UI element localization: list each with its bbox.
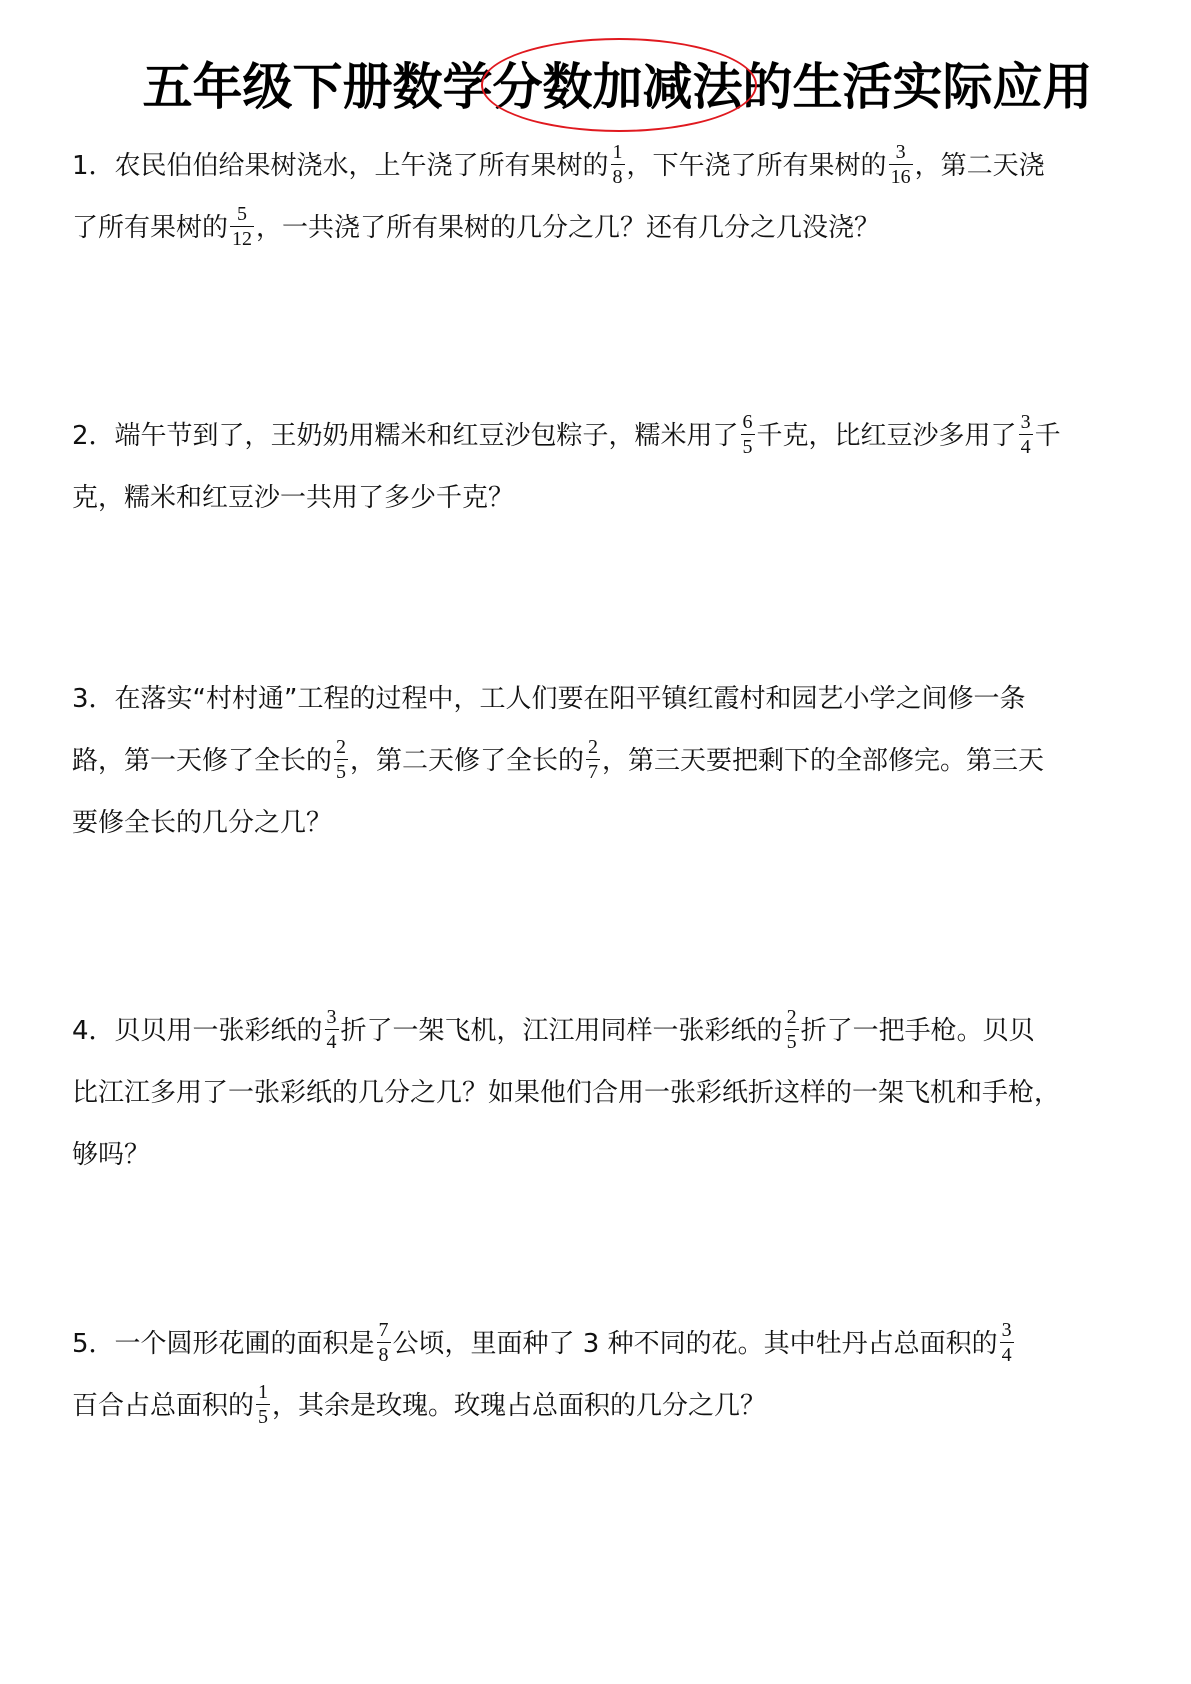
problem-5: 5．一个圆形花圃的面积是78公顷，里面种了 3 种不同的花。其中牡丹占总面积的3…: [72, 1313, 1132, 1437]
text-segment: ，一共浇了所有果树的几分之几？还有几分之几没浇？: [256, 213, 880, 243]
denominator: 7: [586, 762, 600, 782]
problem-1: 1．农民伯伯给果树浇水，上午浇了所有果树的18，下午浇了所有果树的316，第二天…: [72, 135, 1132, 259]
denominator: 5: [334, 762, 348, 782]
text-segment: 1．农民伯伯给果树浇水，上午浇了所有果树的: [72, 151, 609, 181]
page-title-container: 五年级下册数学分数加减法的生活实际应用: [0, 52, 1191, 122]
fraction-bar: [889, 164, 913, 165]
text-segment: 4．贝贝用一张彩纸的: [72, 1016, 323, 1046]
text-segment: 路，第一天修了全长的: [72, 746, 332, 776]
fraction-bar: [377, 1342, 391, 1343]
fraction: 34: [325, 1007, 339, 1052]
numerator: 7: [377, 1320, 391, 1340]
text-segment: 折了一架飞机，江江用同样一张彩纸的: [341, 1016, 783, 1046]
fraction-bar: [785, 1029, 799, 1030]
numerator: 1: [256, 1382, 270, 1402]
fraction: 34: [1000, 1320, 1014, 1365]
fraction-bar: [586, 759, 600, 760]
problem-line: 了所有果树的512，一共浇了所有果树的几分之几？还有几分之几没浇？: [72, 197, 1132, 259]
problem-4: 4．贝贝用一张彩纸的34折了一架飞机，江江用同样一张彩纸的25折了一把手枪。贝贝…: [72, 1000, 1132, 1186]
problem-line: 百合占总面积的15，其余是玫瑰。玫瑰占总面积的几分之几？: [72, 1375, 1132, 1437]
fraction-bar: [741, 434, 755, 435]
text-segment: ，第三天要把剩下的全部修完。第三天: [602, 746, 1044, 776]
problem-line: 路，第一天修了全长的25，第二天修了全长的27，第三天要把剩下的全部修完。第三天: [72, 730, 1132, 792]
numerator: 2: [334, 737, 348, 757]
fraction-bar: [1000, 1342, 1014, 1343]
page-title: 五年级下册数学分数加减法的生活实际应用: [143, 52, 1093, 122]
fraction: 34: [1019, 412, 1033, 457]
fraction: 512: [230, 204, 254, 249]
denominator: 5: [256, 1407, 270, 1427]
numerator: 5: [235, 204, 249, 224]
fraction-bar: [1019, 434, 1033, 435]
fraction: 25: [334, 737, 348, 782]
denominator: 8: [377, 1345, 391, 1365]
text-segment: ，其余是玫瑰。玫瑰占总面积的几分之几？: [272, 1391, 766, 1421]
problem-line: 3．在落实“村村通”工程的过程中，工人们要在阳平镇红霞村和园艺小学之间修一条: [72, 668, 1132, 730]
denominator: 4: [325, 1032, 339, 1052]
text-segment: ，第二天修了全长的: [350, 746, 584, 776]
denominator: 4: [1019, 437, 1033, 457]
problem-3: 3．在落实“村村通”工程的过程中，工人们要在阳平镇红霞村和园艺小学之间修一条 路…: [72, 668, 1132, 854]
denominator: 8: [611, 167, 625, 187]
text-segment: 公顷，里面种了 3 种不同的花。其中牡丹占总面积的: [393, 1329, 998, 1359]
fraction-bar: [334, 759, 348, 760]
denominator: 5: [741, 437, 755, 457]
fraction: 25: [785, 1007, 799, 1052]
denominator: 5: [785, 1032, 799, 1052]
fraction: 15: [256, 1382, 270, 1427]
text-segment: 折了一把手枪。贝贝: [801, 1016, 1035, 1046]
problem-line: 5．一个圆形花圃的面积是78公顷，里面种了 3 种不同的花。其中牡丹占总面积的3…: [72, 1313, 1132, 1375]
denominator: 16: [889, 167, 913, 187]
fraction-bar: [611, 164, 625, 165]
numerator: 3: [894, 142, 908, 162]
problem-line: 2．端午节到了，王奶奶用糯米和红豆沙包粽子，糯米用了65千克，比红豆沙多用了34…: [72, 405, 1132, 467]
numerator: 3: [1000, 1320, 1014, 1340]
denominator: 12: [230, 229, 254, 249]
numerator: 3: [1019, 412, 1033, 432]
problem-2: 2．端午节到了，王奶奶用糯米和红豆沙包粽子，糯米用了65千克，比红豆沙多用了34…: [72, 405, 1132, 529]
text-segment: 了所有果树的: [72, 213, 228, 243]
text-segment: 克，糯米和红豆沙一共用了多少千克？: [72, 483, 514, 513]
fraction: 27: [586, 737, 600, 782]
fraction: 78: [377, 1320, 391, 1365]
problem-line: 够吗？: [72, 1124, 1132, 1186]
text-segment: 要修全长的几分之几？: [72, 808, 332, 838]
text-segment: 3．在落实“村村通”工程的过程中，工人们要在阳平镇红霞村和园艺小学之间修一条: [72, 684, 1025, 714]
problem-line: 克，糯米和红豆沙一共用了多少千克？: [72, 467, 1132, 529]
text-segment: ，下午浇了所有果树的: [627, 151, 887, 181]
text-segment: 百合占总面积的: [72, 1391, 254, 1421]
fraction: 316: [889, 142, 913, 187]
numerator: 2: [785, 1007, 799, 1027]
fraction-bar: [325, 1029, 339, 1030]
problem-line: 比江江多用了一张彩纸的几分之几？如果他们合用一张彩纸折这样的一架飞机和手枪，: [72, 1062, 1132, 1124]
text-segment: ，第二天浇: [915, 151, 1045, 181]
fraction: 18: [611, 142, 625, 187]
problem-line: 4．贝贝用一张彩纸的34折了一架飞机，江江用同样一张彩纸的25折了一把手枪。贝贝: [72, 1000, 1132, 1062]
numerator: 1: [611, 142, 625, 162]
numerator: 6: [741, 412, 755, 432]
text-segment: 2．端午节到了，王奶奶用糯米和红豆沙包粽子，糯米用了: [72, 421, 739, 451]
fraction-bar: [230, 226, 254, 227]
denominator: 4: [1000, 1345, 1014, 1365]
text-segment: 5．一个圆形花圃的面积是: [72, 1329, 375, 1359]
numerator: 3: [325, 1007, 339, 1027]
text-segment: 千: [1035, 421, 1061, 451]
problem-line: 1．农民伯伯给果树浇水，上午浇了所有果树的18，下午浇了所有果树的316，第二天…: [72, 135, 1132, 197]
text-segment: 千克，比红豆沙多用了: [757, 421, 1017, 451]
fraction-bar: [256, 1404, 270, 1405]
text-segment: 够吗？: [72, 1140, 150, 1170]
numerator: 2: [586, 737, 600, 757]
problem-line: 要修全长的几分之几？: [72, 792, 1132, 854]
fraction: 65: [741, 412, 755, 457]
text-segment: 比江江多用了一张彩纸的几分之几？如果他们合用一张彩纸折这样的一架飞机和手枪，: [72, 1078, 1060, 1108]
